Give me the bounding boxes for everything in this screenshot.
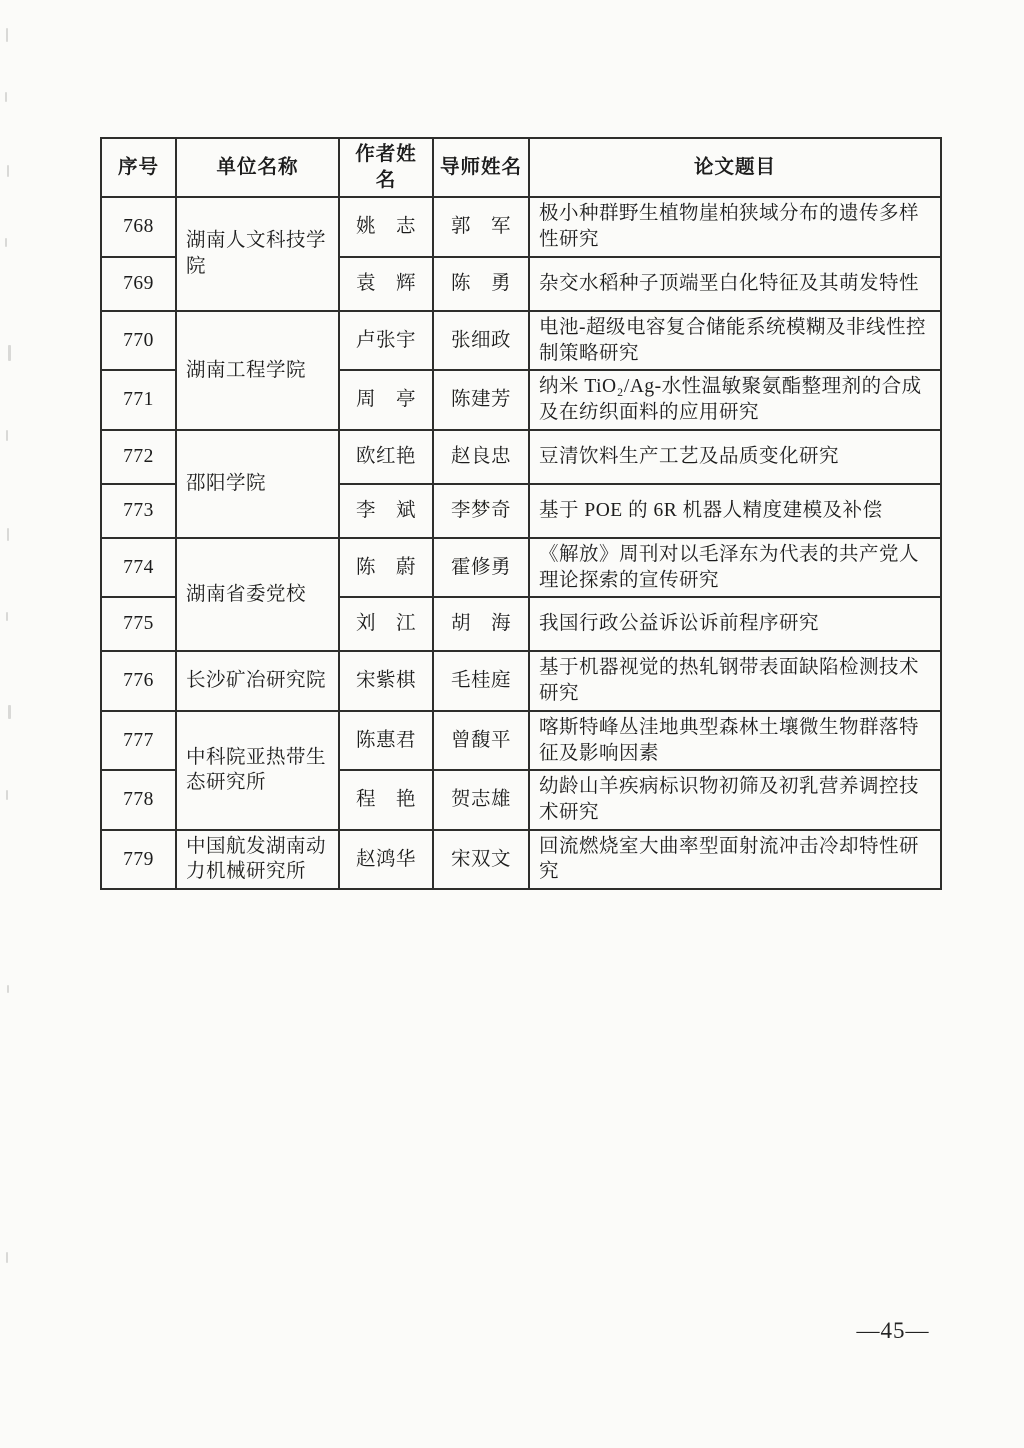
header-advisor-name: 导师姓名 — [433, 138, 529, 197]
serial-cell: 771 — [101, 370, 176, 429]
scan-artifact — [7, 528, 9, 541]
serial-cell: 779 — [101, 830, 176, 889]
serial-cell: 768 — [101, 197, 176, 256]
advisor-cell: 曾馥平 — [433, 711, 529, 770]
unit-cell: 湖南省委党校 — [176, 538, 339, 651]
author-cell: 卢张宇 — [339, 311, 433, 370]
serial-cell: 774 — [101, 538, 176, 597]
unit-cell: 湖南工程学院 — [176, 311, 339, 430]
table-row: 772 邵阳学院 欧红艳 赵良忠 豆清饮料生产工艺及品质变化研究 — [101, 430, 941, 484]
serial-cell: 772 — [101, 430, 176, 484]
title-cell: 杂交水稻种子顶端垩白化特征及其萌发特性 — [529, 257, 941, 311]
serial-cell: 769 — [101, 257, 176, 311]
serial-cell: 770 — [101, 311, 176, 370]
header-unit-name: 单位名称 — [176, 138, 339, 197]
scan-artifact — [7, 985, 9, 993]
table-row: 770 湖南工程学院 卢张宇 张细政 电池-超级电容复合储能系统模糊及非线性控制… — [101, 311, 941, 370]
unit-cell: 邵阳学院 — [176, 430, 339, 538]
table-row: 779 中国航发湖南动力机械研究所 赵鸿华 宋双文 回流燃烧室大曲率型面射流冲击… — [101, 830, 941, 889]
scan-artifact — [5, 92, 7, 102]
author-cell: 周 亭 — [339, 370, 433, 429]
author-cell: 程 艳 — [339, 770, 433, 829]
title-cell: 纳米 TiO₂/Ag-水性温敏聚氨酯整理剂的合成及在纺织面料的应用研究 — [529, 370, 941, 429]
unit-cell: 中科院亚热带生态研究所 — [176, 711, 339, 830]
header-serial-number: 序号 — [101, 138, 176, 197]
scan-artifact — [6, 1252, 8, 1263]
table-row: 768 湖南人文科技学院 姚 志 郭 军 极小种群野生植物崖柏狭域分布的遗传多样… — [101, 197, 941, 256]
scan-artifact — [8, 345, 11, 361]
unit-cell: 中国航发湖南动力机械研究所 — [176, 830, 339, 889]
author-cell: 姚 志 — [339, 197, 433, 256]
header-thesis-title: 论文题目 — [529, 138, 941, 197]
author-cell: 陈 蔚 — [339, 538, 433, 597]
title-cell: 基于 POE 的 6R 机器人精度建模及补偿 — [529, 484, 941, 538]
thesis-list-table: 序号 单位名称 作者姓名 导师姓名 论文题目 768 湖南人文科技学院 姚 志 … — [100, 137, 942, 890]
serial-cell: 777 — [101, 711, 176, 770]
advisor-cell: 陈 勇 — [433, 257, 529, 311]
title-cell: 回流燃烧室大曲率型面射流冲击冷却特性研究 — [529, 830, 941, 889]
advisor-cell: 胡 海 — [433, 597, 529, 651]
title-cell: 极小种群野生植物崖柏狭域分布的遗传多样性研究 — [529, 197, 941, 256]
title-cell: 喀斯特峰丛洼地典型森林土壤微生物群落特征及影响因素 — [529, 711, 941, 770]
table-header-row: 序号 单位名称 作者姓名 导师姓名 论文题目 — [101, 138, 941, 197]
title-cell: 电池-超级电容复合储能系统模糊及非线性控制策略研究 — [529, 311, 941, 370]
table-row: 776 长沙矿冶研究院 宋紫棋 毛桂庭 基于机器视觉的热轧钢带表面缺陷检测技术研… — [101, 651, 941, 710]
title-cell: 我国行政公益诉讼诉前程序研究 — [529, 597, 941, 651]
scan-artifact — [8, 705, 11, 719]
title-cell: 豆清饮料生产工艺及品质变化研究 — [529, 430, 941, 484]
advisor-cell: 霍修勇 — [433, 538, 529, 597]
advisor-cell: 陈建芳 — [433, 370, 529, 429]
author-cell: 袁 辉 — [339, 257, 433, 311]
table-row: 777 中科院亚热带生态研究所 陈惠君 曾馥平 喀斯特峰丛洼地典型森林土壤微生物… — [101, 711, 941, 770]
author-cell: 欧红艳 — [339, 430, 433, 484]
scan-artifact — [7, 165, 9, 177]
advisor-cell: 郭 军 — [433, 197, 529, 256]
advisor-cell: 贺志雄 — [433, 770, 529, 829]
advisor-cell: 张细政 — [433, 311, 529, 370]
advisor-cell: 赵良忠 — [433, 430, 529, 484]
author-cell: 陈惠君 — [339, 711, 433, 770]
serial-cell: 773 — [101, 484, 176, 538]
scan-artifact — [5, 238, 7, 247]
advisor-cell: 李梦奇 — [433, 484, 529, 538]
title-cell: 基于机器视觉的热轧钢带表面缺陷检测技术研究 — [529, 651, 941, 710]
serial-cell: 775 — [101, 597, 176, 651]
header-author-name: 作者姓名 — [339, 138, 433, 197]
scan-artifact — [6, 612, 8, 621]
author-cell: 赵鸿华 — [339, 830, 433, 889]
serial-cell: 776 — [101, 651, 176, 710]
scan-artifact — [6, 28, 8, 42]
page-number: —45— — [838, 1318, 948, 1344]
advisor-cell: 毛桂庭 — [433, 651, 529, 710]
title-cell: 《解放》周刊对以毛泽东为代表的共产党人理论探索的宣传研究 — [529, 538, 941, 597]
author-cell: 李 斌 — [339, 484, 433, 538]
document-page: 序号 单位名称 作者姓名 导师姓名 论文题目 768 湖南人文科技学院 姚 志 … — [0, 0, 1024, 1448]
scan-artifact — [6, 790, 8, 800]
scan-artifact — [6, 430, 8, 441]
unit-cell: 长沙矿冶研究院 — [176, 651, 339, 710]
author-cell: 宋紫棋 — [339, 651, 433, 710]
advisor-cell: 宋双文 — [433, 830, 529, 889]
unit-cell: 湖南人文科技学院 — [176, 197, 339, 310]
table-row: 774 湖南省委党校 陈 蔚 霍修勇 《解放》周刊对以毛泽东为代表的共产党人理论… — [101, 538, 941, 597]
author-cell: 刘 江 — [339, 597, 433, 651]
serial-cell: 778 — [101, 770, 176, 829]
title-cell: 幼龄山羊疾病标识物初筛及初乳营养调控技术研究 — [529, 770, 941, 829]
